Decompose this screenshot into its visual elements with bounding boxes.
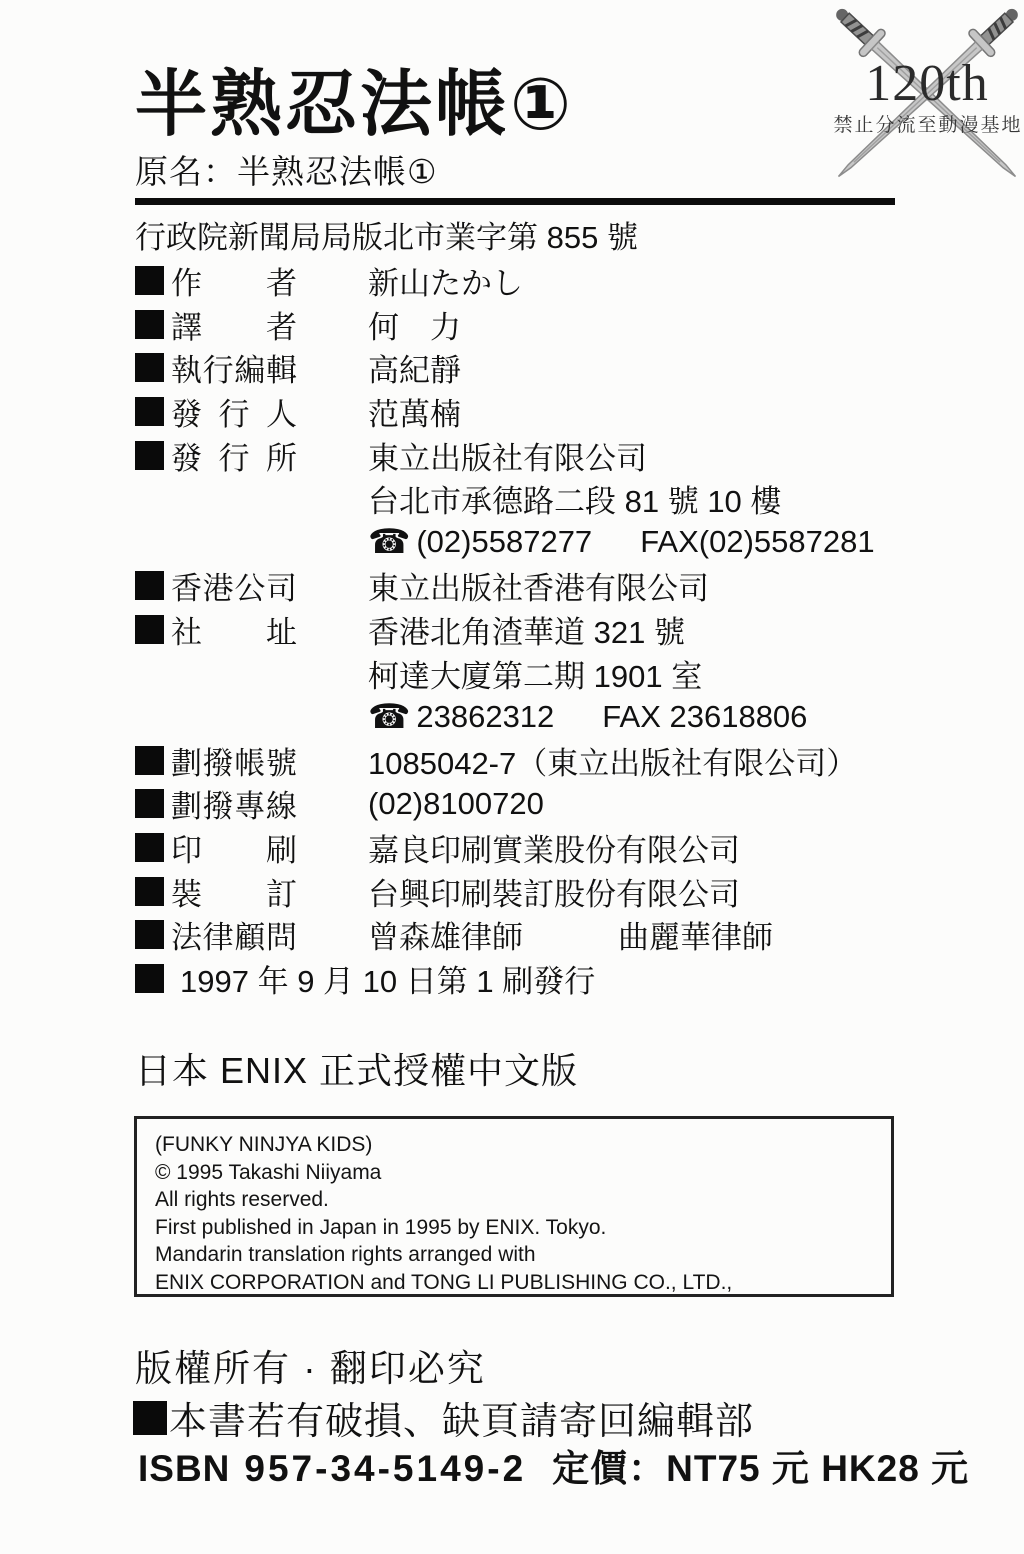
watermark-caption: 禁止分流至動漫基地 [828,110,1024,137]
copyright-line: Mandarin translation rights arranged wit… [155,1241,891,1269]
phone-number: (02)5587277 [416,524,592,560]
isbn-number: 957-34-5149-2 [244,1448,526,1489]
copyright-line: © 1995 Takashi Niiyama [155,1159,891,1187]
row-value: 台北市承德路二段 81 號 10 樓 [368,476,781,521]
row-label: 執行編輯 [171,345,297,390]
copyright-line: First published in Japan in 1995 by ENIX… [155,1214,891,1242]
row-label-cell: 發行所 [135,433,368,478]
row-label-cell: 劃撥帳號 [135,738,368,783]
row-value: 1085042-7（東立出版社有限公司） [368,738,857,783]
damage-notice-text: 本書若有破損、缺頁請寄回編輯部 [169,1390,754,1445]
row-label-cell: 印刷 [135,825,368,870]
bullet-square-icon [135,789,164,818]
row-value: 何 力 [368,302,461,347]
row-value: (02)8100720 [368,786,544,822]
row-value: 范萬楠 [368,389,461,434]
row-binding: 裝訂 台興印刷裝訂股份有限公司 [135,869,935,913]
row-value: 東立出版社有限公司 [368,433,647,478]
row-label-cell: 執行編輯 [135,345,368,390]
row-label-cell: 社址 [135,607,368,652]
row-value: 高紀靜 [368,345,461,390]
row-label-cell: 法律顧問 [135,912,368,957]
row-author: 作者 新山たかし [135,259,935,303]
row-company-address: 社址 香港北角渣華道 321 號 [135,608,935,652]
watermark-stamp: 120th 禁止分流至動漫基地 [836,6,1018,184]
isbn-price-line: ISBN957-34-5149-2定價：NT75 元 HK28 元 [138,1438,969,1492]
row-publisher-person: 發行人 范萬楠 [135,390,935,434]
row-value: 台興印刷裝訂股份有限公司 [368,869,740,914]
page-title: 半熟忍法帳① [135,46,574,150]
row-label: 劃撥帳號 [171,738,297,783]
row-printer: 印刷 嘉良印刷實業股份有限公司 [135,826,935,870]
row-hk-phone: ☎23862312FAX 23618806 [135,695,935,739]
row-label: 裝訂 [171,869,297,914]
row-postal-hotline: 劃撥專線 (02)8100720 [135,782,935,826]
bullet-square-icon [135,266,164,295]
bullet-square-icon [135,397,164,426]
row-label-cell: 作者 [135,258,368,303]
row-hk-address2: 柯達大廈第二期 1901 室 [135,651,935,695]
row-print-date: 1997 年 9 月 10 日第 1 刷發行 [135,957,935,1001]
row-publishing-house: 發行所 東立出版社有限公司 [135,433,935,477]
copyright-line: (FUNKY NINJYA KIDS) [155,1131,891,1159]
row-label: 劃撥專線 [171,781,297,826]
isbn-label: ISBN [138,1448,230,1489]
row-taipei-address: 台北市承德路二段 81 號 10 樓 [135,477,935,521]
bullet-square-icon [135,353,164,382]
original-title: 原名：半熟忍法帳① [135,146,438,193]
row-label-cell: 劃撥專線 [135,781,368,826]
bullet-square-icon [135,877,164,906]
row-label: 發行人 [171,389,297,434]
row-value: 曾森雄律師曲麗華律師 [368,912,773,957]
advisor-2: 曲麗華律師 [618,912,773,957]
license-line: 日本 ENIX 正式授權中文版 [135,1043,578,1094]
bullet-square-icon [135,964,164,993]
row-value: ☎23862312FAX 23618806 [368,699,807,735]
divider-rule [135,198,895,205]
row-label: 發行所 [171,433,297,478]
registration-number: 行政院新聞局局版北市業字第 855 號 [135,212,638,257]
row-translator: 譯者 何 力 [135,303,935,347]
colophon-table: 作者 新山たかし 譯者 何 力 執行編輯 高紀靜 發行人 范萬楠 發行所 東立出… [135,259,935,1000]
print-date: 1997 年 9 月 10 日第 1 刷發行 [180,956,595,1001]
bullet-square-icon [135,310,164,339]
price-text: 定價：NT75 元 HK28 元 [552,1448,969,1489]
row-value: 嘉良印刷實業股份有限公司 [368,825,740,870]
row-value: 香港北角渣華道 321 號 [368,607,685,652]
bullet-square-icon [135,441,164,470]
watermark-number: 120th [836,54,1018,113]
row-label-cell: 發行人 [135,389,368,434]
row-value: 柯達大廈第二期 1901 室 [368,651,702,696]
bullet-square-icon [135,615,164,644]
phone-icon: ☎ [368,525,410,559]
row-value: 東立出版社香港有限公司 [368,563,709,608]
row-label: 作者 [171,258,297,303]
rights-reserved-line: 版權所有 · 翻印必究 [135,1338,486,1392]
fax-number: FAX(02)5587281 [640,524,874,560]
bullet-square-icon [135,746,164,775]
row-label: 香港公司 [171,563,297,608]
copyright-box: (FUNKY NINJYA KIDS) © 1995 Takashi Niiya… [134,1116,894,1297]
row-label: 法律顧問 [171,912,297,957]
row-label: 社址 [171,607,297,652]
row-label-cell: 香港公司 [135,563,368,608]
row-executive-editor: 執行編輯 高紀靜 [135,346,935,390]
row-postal-account: 劃撥帳號 1085042-7（東立出版社有限公司） [135,739,935,783]
colophon-page: 120th 禁止分流至動漫基地 半熟忍法帳① 原名：半熟忍法帳① 行政院新聞局局… [0,0,1024,1554]
row-legal-advisors: 法律顧問 曾森雄律師曲麗華律師 [135,913,935,957]
fax-number: FAX 23618806 [602,699,807,735]
bullet-square-icon [135,833,164,862]
advisor-1: 曾森雄律師 [368,912,523,957]
row-label-cell: 裝訂 [135,869,368,914]
phone-icon: ☎ [368,700,410,734]
bullet-square-icon [135,571,164,600]
row-label: 印刷 [171,825,297,870]
copyright-line: ENIX CORPORATION and TONG LI PUBLISHING … [155,1269,891,1297]
row-value: ☎(02)5587277FAX(02)5587281 [368,524,875,560]
copyright-line: All rights reserved. [155,1186,891,1214]
damage-notice-line: 本書若有破損、缺頁請寄回編輯部 [133,1390,754,1445]
phone-number: 23862312 [416,699,554,735]
row-label-cell: 譯者 [135,302,368,347]
row-label: 譯者 [171,302,297,347]
bullet-square-icon [135,920,164,949]
row-value: 新山たかし [368,258,523,303]
row-hongkong-company: 香港公司 東立出版社香港有限公司 [135,564,935,608]
row-taipei-phone: ☎(02)5587277FAX(02)5587281 [135,521,935,565]
bullet-square-icon [133,1401,167,1435]
